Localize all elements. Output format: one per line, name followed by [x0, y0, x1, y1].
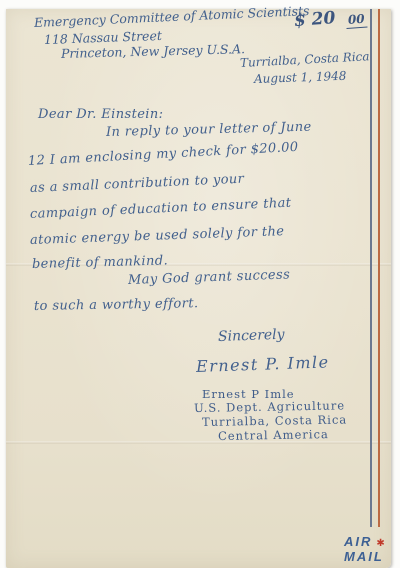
- signature-block-region: Central America: [218, 427, 329, 443]
- body-line: In reply to your letter of June: [106, 120, 312, 140]
- airmail-stamp: AIR✱ MAIL: [344, 535, 385, 563]
- scanned-letter: Emergency Committee of Atomic Scientists…: [0, 0, 400, 568]
- salutation: Dear Dr. Einstein:: [38, 107, 163, 122]
- body-line: campaign of education to ensure that: [30, 196, 292, 222]
- body-line: as a small contribution to your: [30, 172, 245, 196]
- body-line: atomic energy be used solely for the: [30, 224, 285, 248]
- airmail-line1: AIR: [344, 534, 372, 549]
- body-line: 12 I am enclosing my check for $20.00: [28, 140, 299, 169]
- airmail-margin-rule-blue: [370, 9, 372, 527]
- airmail-line2: MAIL: [344, 549, 384, 564]
- amount-annotation-cents: 00: [345, 12, 367, 29]
- body-line: May God grant success: [128, 267, 291, 288]
- letter-paper: Emergency Committee of Atomic Scientists…: [6, 9, 391, 568]
- body-line: to such a worthy effort.: [34, 296, 199, 314]
- letter-date: August 1, 1948: [254, 69, 347, 86]
- airmail-margin-rule-red: [378, 9, 380, 527]
- fold-crease: [6, 441, 391, 444]
- signature: Ernest P. Imle: [196, 352, 330, 376]
- letterhead-organization: Emergency Committee of Atomic Scientists: [34, 3, 310, 30]
- closing-word: Sincerely: [218, 327, 285, 345]
- amount-annotation-dollars: $ 20: [293, 8, 336, 31]
- airmail-star-icon: ✱: [376, 538, 384, 549]
- body-line: benefit of mankind.: [32, 253, 168, 272]
- letter-place: Turrialba, Costa Rica: [240, 49, 370, 70]
